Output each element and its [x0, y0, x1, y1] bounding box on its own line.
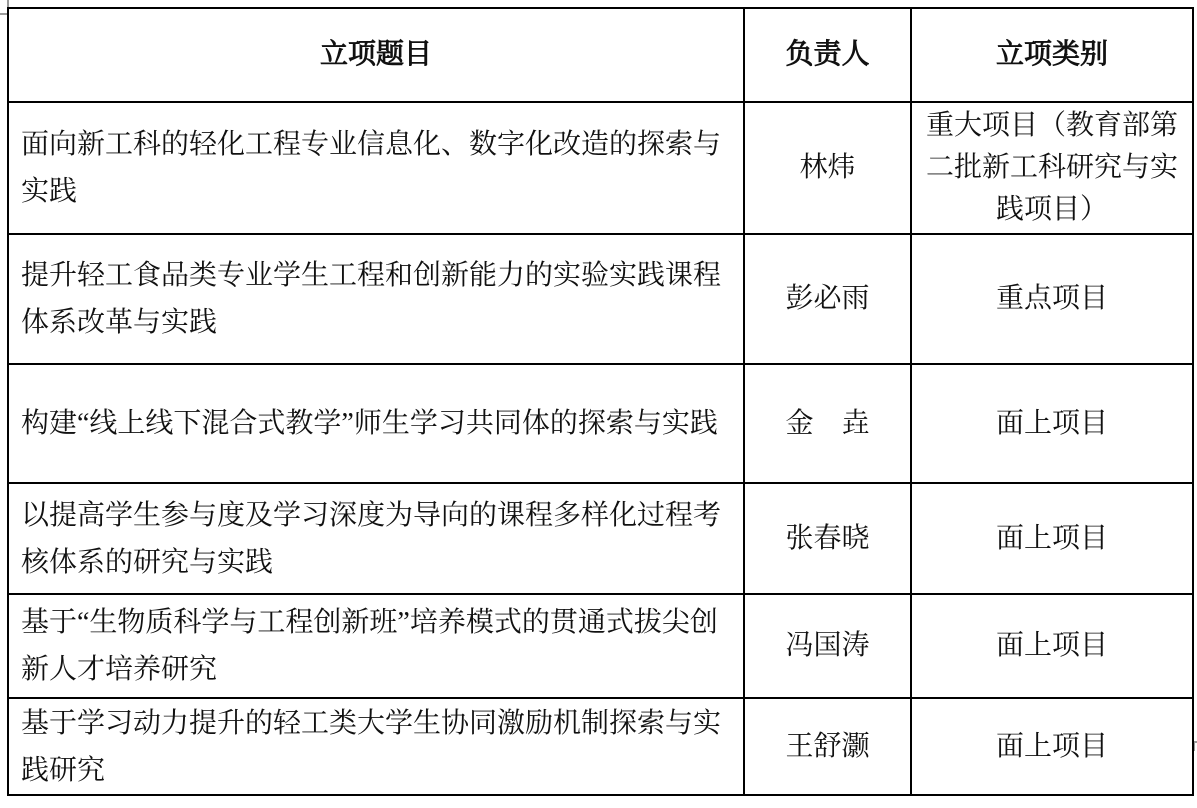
project-leader-cell: 王舒灏	[744, 698, 911, 795]
project-title-cell: 面向新工科的轻化工程专业信息化、数字化改造的探索与实践	[8, 102, 744, 234]
table-row: 构建“线上线下混合式教学”师生学习共同体的探索与实践 金 垚 面上项目	[8, 364, 1193, 483]
document-page: 立项题目 负责人 立项类别 面向新工科的轻化工程专业信息化、数字化改造的探索与实…	[0, 0, 1197, 808]
project-title-cell: 构建“线上线下混合式教学”师生学习共同体的探索与实践	[8, 364, 744, 483]
project-approval-table: 立项题目 负责人 立项类别 面向新工科的轻化工程专业信息化、数字化改造的探索与实…	[7, 7, 1194, 796]
column-header-title: 立项题目	[8, 8, 744, 102]
table-row: 基于学习动力提升的轻工类大学生协同激励机制探索与实践研究 王舒灏 面上项目	[8, 698, 1193, 795]
project-title-cell: 基于“生物质科学与工程创新班”培养模式的贯通式拔尖创新人才培养研究	[8, 594, 744, 698]
project-title-cell: 基于学习动力提升的轻工类大学生协同激励机制探索与实践研究	[8, 698, 744, 795]
project-title-cell: 提升轻工食品类专业学生工程和创新能力的实验实践课程体系改革与实践	[8, 234, 744, 364]
project-category-cell: 重大项目（教育部第二批新工科研究与实践项目）	[911, 102, 1193, 234]
table-row: 提升轻工食品类专业学生工程和创新能力的实验实践课程体系改革与实践 彭必雨 重点项…	[8, 234, 1193, 364]
table-header: 立项题目 负责人 立项类别	[8, 8, 1193, 102]
project-leader-cell: 林炜	[744, 102, 911, 234]
project-leader-cell: 冯国涛	[744, 594, 911, 698]
table-row: 以提高学生参与度及学习深度为导向的课程多样化过程考核体系的研究与实践 张春晓 面…	[8, 483, 1193, 594]
table-row: 基于“生物质科学与工程创新班”培养模式的贯通式拔尖创新人才培养研究 冯国涛 面上…	[8, 594, 1193, 698]
column-header-leader: 负责人	[744, 8, 911, 102]
project-category-cell: 面上项目	[911, 698, 1193, 795]
project-category-cell: 重点项目	[911, 234, 1193, 364]
project-category-cell: 面上项目	[911, 364, 1193, 483]
project-leader-cell: 张春晓	[744, 483, 911, 594]
column-header-category: 立项类别	[911, 8, 1193, 102]
project-leader-cell: 彭必雨	[744, 234, 911, 364]
project-leader-cell: 金 垚	[744, 364, 911, 483]
table-body: 面向新工科的轻化工程专业信息化、数字化改造的探索与实践 林炜 重大项目（教育部第…	[8, 102, 1193, 795]
project-category-cell: 面上项目	[911, 483, 1193, 594]
project-category-cell: 面上项目	[911, 594, 1193, 698]
header-row: 立项题目 负责人 立项类别	[8, 8, 1193, 102]
table-row: 面向新工科的轻化工程专业信息化、数字化改造的探索与实践 林炜 重大项目（教育部第…	[8, 102, 1193, 234]
project-title-cell: 以提高学生参与度及学习深度为导向的课程多样化过程考核体系的研究与实践	[8, 483, 744, 594]
